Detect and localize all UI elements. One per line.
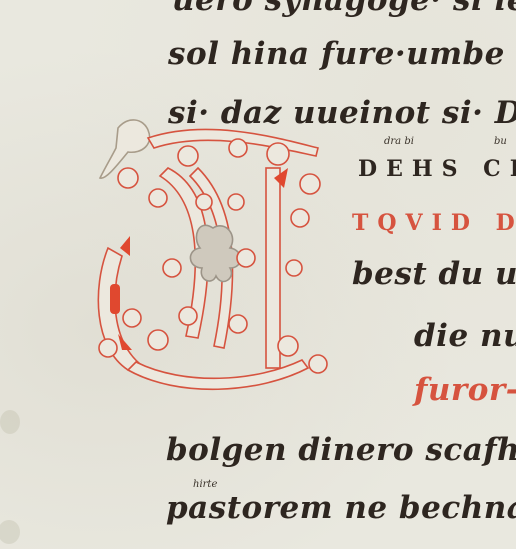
text-line-7: die nu bbox=[414, 318, 516, 354]
interlinear-gloss: bu bbox=[494, 136, 507, 147]
text-line-6: best du ur bbox=[352, 256, 516, 292]
parchment-stain bbox=[0, 520, 20, 544]
text-line-10: pastorem ne bechnat bbox=[166, 490, 516, 526]
text-line-rubric: furor- bbox=[414, 372, 516, 408]
text-line-2: sol hina fure·umbe de bbox=[168, 36, 516, 72]
text-line-rubric-capitals: TQVID D bbox=[352, 210, 516, 236]
interlinear-gloss: hirte bbox=[193, 479, 217, 490]
text-line-capitals: DEHS CI bbox=[358, 156, 516, 182]
text-line-1: uero synagoge· si le bbox=[172, 0, 516, 18]
text-line-9: bolgen dinero scafhe bbox=[166, 432, 516, 468]
interlinear-gloss: dra bi bbox=[384, 136, 414, 147]
decorated-initial-icon bbox=[88, 108, 338, 408]
parchment-stain bbox=[0, 410, 20, 434]
